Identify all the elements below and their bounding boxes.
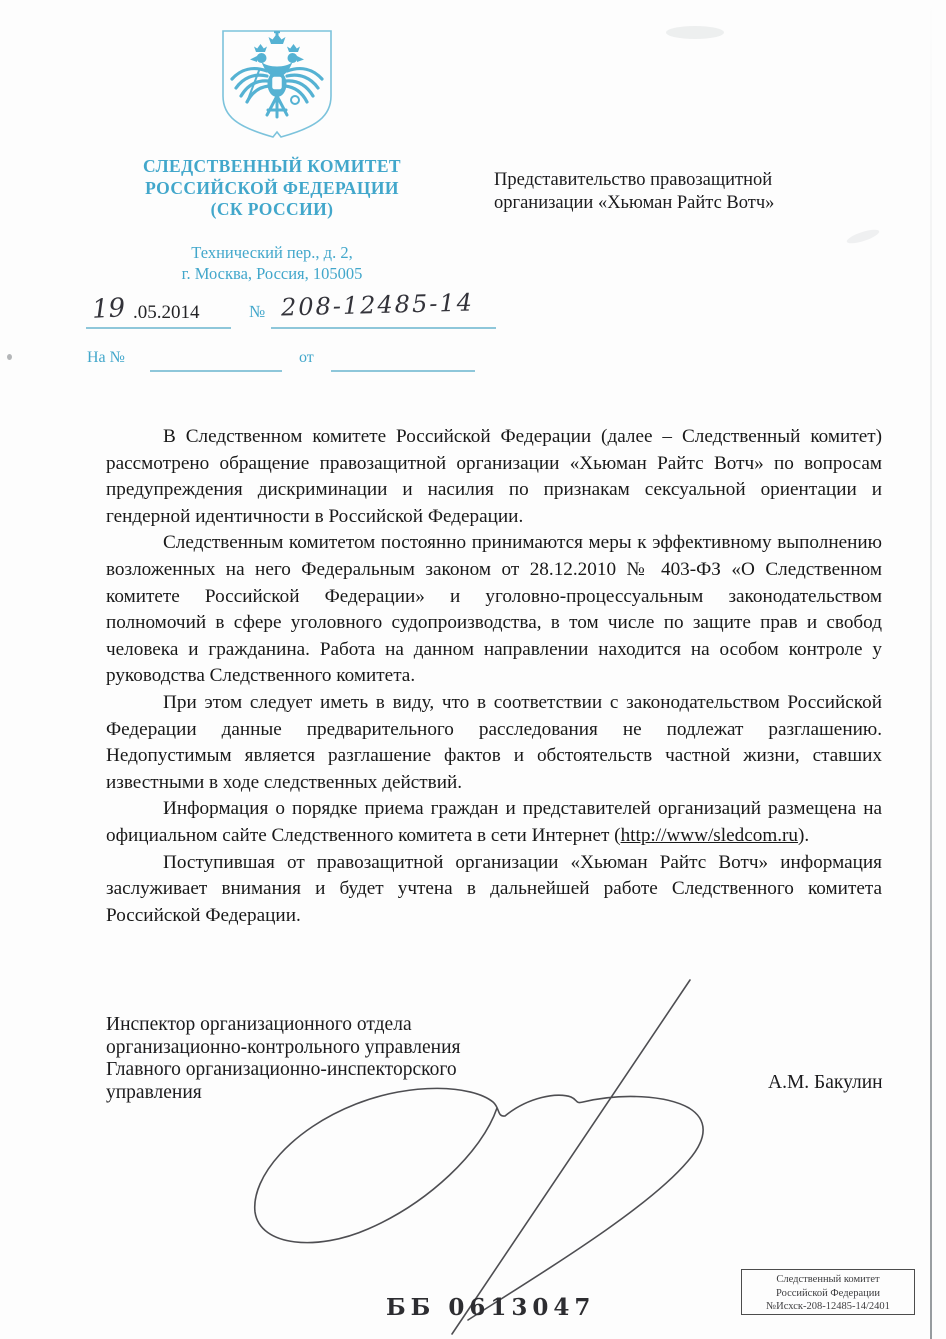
stamp-line: Российской Федерации [742,1287,914,1301]
reply-to-number-label: На № [87,349,125,367]
scan-smudge [666,26,724,39]
sledcom-url: http://www/sledcom.ru [621,825,798,846]
org-name-line: (СК РОССИИ) [88,199,456,221]
russia-coat-of-arms-icon [216,26,338,146]
reply-date-underline [331,370,475,372]
registration-stamp: Следственный комитет Российской Федераци… [741,1269,915,1315]
signer-title-line: Инспектор организационного отдела [106,1014,576,1037]
body-paragraph-3: При этом следует иметь в виду, что в соо… [106,690,882,796]
scan-smudge [7,354,12,360]
signer-name: А.М. Бакулин [768,1072,883,1094]
body-paragraph-5: Поступившая от правозащитной организации… [106,850,882,930]
body-paragraph-1: В Следственном комитете Российской Федер… [106,424,882,530]
handwritten-day: 19 [91,293,126,325]
reply-from-label: от [299,349,314,367]
signer-title-line: Главного организационно-инспекторского [106,1059,576,1082]
scanned-letter-page: СЛЕДСТВЕННЫЙ КОМИТЕТ РОССИЙСКОЙ ФЕДЕРАЦИ… [0,0,946,1339]
stamp-line: №Исхск-208-12485-14/2401 [742,1300,914,1314]
signer-title-block: Инспектор организационного отдела органи… [106,1014,576,1104]
scan-smudge [845,227,880,246]
reply-number-underline [150,370,282,372]
org-address-line: Технический пер., д. 2, [88,243,456,264]
number-sign-label: № [249,302,265,322]
org-address-line: г. Москва, Россия, 105005 [88,264,456,285]
body-paragraph-4-closing: ). [798,825,809,846]
recipient-line: Представительство правозащитной [494,169,870,192]
org-name-block: СЛЕДСТВЕННЫЙ КОМИТЕТ РОССИЙСКОЙ ФЕДЕРАЦИ… [88,156,456,221]
recipient-line: организации «Хьюман Райтс Вотч» [494,192,870,215]
handwritten-outgoing-number: 208-12485-14 [281,288,475,321]
date-underline [86,327,231,329]
letter-body: В Следственном комитете Российской Федер… [106,424,882,929]
body-paragraph-2: Следственным комитетом постоянно принима… [106,530,882,690]
blank-form-number: ББ 0613047 [386,1294,595,1321]
signer-title-line: организационно-контрольного управления [106,1037,576,1060]
printed-date: .05.2014 [133,302,200,324]
scan-edge-artifact [930,0,932,1339]
recipient-block: Представительство правозащитной организа… [494,169,870,214]
number-underline [271,327,496,329]
signer-title-line: управления [106,1082,576,1105]
org-name-line: РОССИЙСКОЙ ФЕДЕРАЦИИ [88,178,456,200]
stamp-line: Следственный комитет [742,1273,914,1287]
org-name-line: СЛЕДСТВЕННЫЙ КОМИТЕТ [88,156,456,178]
org-address-block: Технический пер., д. 2, г. Москва, Росси… [88,243,456,284]
body-paragraph-4: Информация о порядке приема граждан и пр… [106,796,882,849]
